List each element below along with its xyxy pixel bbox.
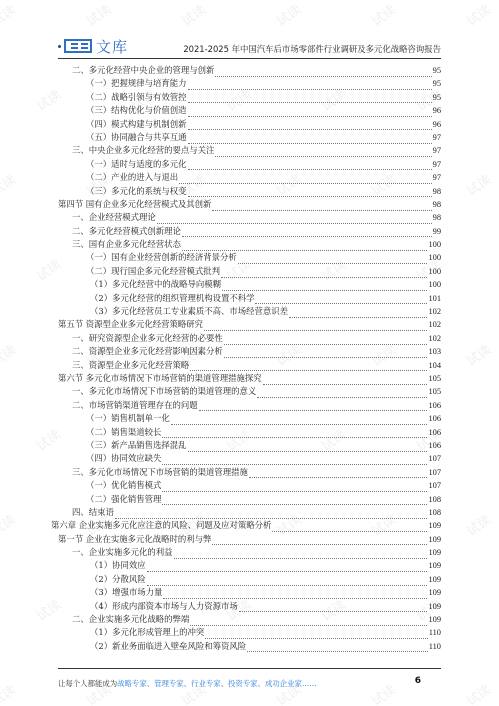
toc-entry[interactable]: 二、企业实施多元化战略的弊端109 — [58, 613, 441, 626]
toc-entry-page: 109 — [428, 519, 441, 532]
toc-entry-page: 107 — [428, 452, 441, 465]
page-header: 文库 2021-2025 年中国汽车后市场零部件行业调研及多元化战略咨询报告 — [58, 36, 441, 59]
toc-entry-label: （二）战略引领与有效管控 — [86, 91, 187, 104]
toc-entry[interactable]: 一、企业实施多元化的利益109 — [58, 546, 441, 559]
toc-leader-dots — [255, 294, 427, 304]
toc-entry-label: （1）多元化形成管理上的冲突 — [90, 626, 204, 639]
toc-entry-page: 108 — [428, 506, 441, 519]
toc-leader-dots — [247, 642, 428, 652]
toc-entry[interactable]: （二）现行国企多元化经营模式批判100 — [58, 265, 441, 278]
toc-entry-label: （1）多元化经营中的战略导向模糊 — [90, 278, 221, 291]
toc-entry[interactable]: （三）多元化的系统与权变98 — [58, 185, 441, 198]
toc-leader-dots — [188, 442, 428, 452]
toc-entry-label: （一）国有企业经营创新的经济背景分析 — [86, 251, 237, 264]
watermark-text: 试读 — [462, 169, 494, 199]
toc-entry[interactable]: （一）销售机制单一化106 — [58, 412, 441, 425]
toc-entry-label: （4）形成内部资本市场与人力资源市场 — [90, 600, 238, 613]
toc-entry-label: （一）适时与适度的多元化 — [86, 158, 187, 171]
toc-entry-page: 101 — [428, 292, 441, 305]
toc-entry[interactable]: 一、研究资源型企业多元化经营的必要性102 — [58, 332, 441, 345]
toc-entry[interactable]: （四）模式构建与机制创新96 — [58, 118, 441, 131]
toc-entry-page: 100 — [428, 265, 441, 278]
toc-entry-label: 二、企业实施多元化战略的弊端 — [72, 613, 189, 626]
toc-entry-page: 98 — [433, 198, 441, 211]
toc-leader-dots — [224, 335, 428, 345]
toc-leader-dots — [257, 388, 427, 398]
toc-leader-dots — [215, 147, 431, 157]
toc-entry-page: 97 — [433, 171, 441, 184]
toc-entry-label: 二、资源型企业多元化经营影响因素分析 — [72, 345, 223, 358]
toc-entry[interactable]: 第五节 资源型企业多元化经营策略研究102 — [58, 318, 441, 331]
toc-entry-page: 106 — [428, 426, 441, 439]
footer-slogan-highlight: 战略专家、管理专家、行业专家、投资专家、成功企业家…… — [117, 678, 317, 689]
toc-entry[interactable]: （1）协同效应109 — [58, 559, 441, 572]
toc-leader-dots — [188, 134, 432, 144]
toc-entry-page: 109 — [428, 586, 441, 599]
toc-entry-page: 97 — [433, 131, 441, 144]
toc-entry-label: 一、多元化市场情况下市场营销的渠道管理的意义 — [72, 385, 256, 398]
toc-entry[interactable]: 二、资源型企业多元化经营影响因素分析103 — [58, 345, 441, 358]
toc-leader-dots — [182, 227, 432, 237]
toc-entry-label: （一）把握规律与培育能力 — [86, 77, 187, 90]
toc-entry-label: 三、中央企业多元化经营的要点与关注 — [72, 144, 214, 157]
watermark-text: 试读 — [462, 0, 494, 30]
toc-entry[interactable]: 三、中央企业多元化经营的要点与关注97 — [58, 144, 441, 157]
toc-entry[interactable]: （二）销售渠道较长106 — [58, 426, 441, 439]
toc-entry-page: 107 — [428, 479, 441, 492]
toc-entry-page: 109 — [428, 613, 441, 626]
toc-entry[interactable]: 一、多元化市场情况下市场营销的渠道管理的意义105 — [58, 385, 441, 398]
toc-entry-label: 二、市场营销渠道管理存在的问题 — [72, 399, 198, 412]
toc-entry[interactable]: 三、国有企业多元化经营状态100 — [58, 238, 441, 251]
toc-entry[interactable]: 二、市场营销渠道管理存在的问题106 — [58, 399, 441, 412]
toc-entry-page: 100 — [428, 278, 441, 291]
toc-entry[interactable]: 四、结束语108 — [58, 506, 441, 519]
toc-entry-page: 97 — [433, 158, 441, 171]
watermark-text: 试读 — [0, 679, 19, 706]
toc-entry[interactable]: （4）形成内部资本市场与人力资源市场109 — [58, 600, 441, 613]
logo-mark-icon — [64, 39, 92, 53]
toc-leader-dots — [174, 549, 428, 559]
page-number: 6 — [415, 676, 421, 686]
toc-leader-dots — [162, 455, 427, 465]
toc-entry[interactable]: （2）分散风险109 — [58, 573, 441, 586]
toc-leader-dots — [162, 495, 427, 505]
toc-leader-dots — [212, 201, 431, 211]
toc-entry-page: 109 — [428, 546, 441, 559]
toc-leader-dots — [190, 616, 427, 626]
toc-entry-page: 109 — [428, 600, 441, 613]
toc-entry-page: 100 — [428, 251, 441, 264]
toc-entry-page: 100 — [428, 238, 441, 251]
toc-entry[interactable]: （四）协同效应缺失107 — [58, 452, 441, 465]
toc-entry[interactable]: （1）多元化形成管理上的冲突110 — [58, 626, 441, 639]
toc-entry-label: （三）新产品销售选择混乱 — [86, 439, 187, 452]
toc-entry-label: （二）销售渠道较长 — [86, 426, 161, 439]
watermark-text: 试读 — [462, 339, 494, 369]
toc-entry-label: （1）协同效应 — [90, 559, 146, 572]
toc-entry[interactable]: （一）把握规律与培育能力95 — [58, 77, 441, 90]
toc-leader-dots — [222, 281, 427, 291]
toc-entry-label: 一、企业经营模式理论 — [72, 211, 156, 224]
toc-entry[interactable]: （2）新业务面临进入壁垒风险和筹资风险110 — [58, 640, 441, 653]
toc-leader-dots — [215, 67, 431, 77]
toc-entry[interactable]: （二）产业的进入与退出97 — [58, 171, 441, 184]
toc-entry-label: 四、结束语 — [72, 506, 114, 519]
toc-leader-dots — [115, 509, 428, 519]
toc-leader-dots — [188, 80, 432, 90]
toc-leader-dots — [289, 308, 427, 318]
toc-entry[interactable]: （二）战略引领与有效管控95 — [58, 91, 441, 104]
toc-leader-dots — [147, 576, 428, 586]
toc-entry-label: （二）强化销售管理 — [86, 493, 161, 506]
toc-entry[interactable]: 一、企业经营模式理论98 — [58, 211, 441, 224]
toc-entry[interactable]: （3）增强市场力量109 — [58, 586, 441, 599]
toc-entry-page: 95 — [433, 64, 441, 77]
toc-leader-dots — [157, 214, 432, 224]
toc-entry-page: 110 — [429, 626, 441, 639]
toc-entry-label: （一）销售机制单一化 — [86, 412, 170, 425]
watermark-text: 试读 — [0, 169, 19, 199]
toc-entry-label: 第四节 国有企业多元化经营模式及其创新 — [58, 198, 211, 211]
toc-entry-label: 一、企业实施多元化的利益 — [72, 546, 173, 559]
toc-entry-label: 三、资源型企业多元化经营策略 — [72, 359, 189, 372]
toc-leader-dots — [212, 535, 427, 545]
watermark-text: 试读 — [367, 0, 399, 30]
toc-entry-page: 102 — [428, 318, 441, 331]
toc-leader-dots — [239, 602, 428, 612]
watermark-text: 试读 — [0, 339, 19, 369]
toc-entry-page: 109 — [428, 573, 441, 586]
toc-leader-dots — [204, 321, 427, 331]
page-footer: 让每个人都能成为 战略专家、管理专家、行业专家、投资专家、成功企业家…… 6 — [58, 676, 441, 690]
logo: 文库 — [58, 36, 128, 56]
toc-entry-label: 二、多元化经营中央企业的管理与创新 — [72, 64, 214, 77]
toc-entry[interactable]: 三、资源型企业多元化经营策略104 — [58, 359, 441, 372]
toc-leader-dots — [163, 589, 427, 599]
toc-entry-label: （二）现行国企多元化经营模式批判 — [86, 265, 220, 278]
toc-leader-dots — [221, 268, 427, 278]
toc-entry-label: 第五节 资源型企业多元化经营策略研究 — [58, 318, 203, 331]
toc-entry-label: 第六节 多元化市场情况下市场营销的渠道管理措施探究 — [58, 372, 262, 385]
toc-entry-label: （五）协同融合与共享互通 — [86, 131, 187, 144]
toc-leader-dots — [188, 160, 432, 170]
toc-entry[interactable]: 第六节 多元化市场情况下市场营销的渠道管理措施探究105 — [58, 372, 441, 385]
toc-entry[interactable]: （一）国有企业经营创新的经济背景分析100 — [58, 251, 441, 264]
table-of-contents: 二、多元化经营中央企业的管理与创新95（一）把握规律与培育能力95（二）战略引领… — [58, 64, 441, 653]
toc-entry-page: 105 — [428, 385, 441, 398]
toc-entry-page: 99 — [433, 225, 441, 238]
logo-dot-icon — [58, 45, 61, 48]
toc-entry[interactable]: 三、多元化市场情况下市场营销的渠道管理措施107 — [58, 466, 441, 479]
toc-leader-dots — [179, 174, 432, 184]
toc-entry-page: 98 — [433, 185, 441, 198]
toc-entry-label: （2）新业务面临进入壁垒风险和筹资风险 — [90, 640, 246, 653]
toc-entry[interactable]: （一）适时与适度的多元化97 — [58, 158, 441, 171]
toc-entry[interactable]: （五）协同融合与共享互通97 — [58, 131, 441, 144]
toc-entry-page: 110 — [429, 640, 441, 653]
toc-leader-dots — [224, 348, 428, 358]
toc-entry-label: （3）多元化经营员工专业素质不高、市场经营意识差 — [90, 305, 288, 318]
toc-entry[interactable]: （三）新产品销售选择混乱106 — [58, 439, 441, 452]
toc-entry-page: 98 — [433, 211, 441, 224]
watermark-text: 试读 — [272, 0, 304, 30]
toc-entry-page: 102 — [428, 332, 441, 345]
toc-entry-page: 97 — [433, 144, 441, 157]
watermark-text: 试读 — [462, 509, 494, 539]
toc-entry-label: （三）多元化的系统与权变 — [86, 185, 187, 198]
toc-entry[interactable]: （2）多元化经营的组织管理机构设置不科学101 — [58, 292, 441, 305]
toc-entry-label: 第六章 企业实施多元化应注意的风险、问题及应对策略分析 — [51, 519, 271, 532]
toc-leader-dots — [188, 107, 432, 117]
toc-entry-page: 106 — [428, 399, 441, 412]
toc-entry-page: 95 — [433, 91, 441, 104]
watermark-text: 试读 — [462, 679, 494, 706]
toc-entry-label: （2）分散风险 — [90, 573, 146, 586]
footer-divider — [58, 668, 441, 669]
toc-leader-dots — [272, 522, 427, 532]
toc-entry[interactable]: （二）强化销售管理108 — [58, 493, 441, 506]
toc-entry[interactable]: 第六章 企业实施多元化应注意的风险、问题及应对策略分析109 — [51, 519, 441, 532]
toc-entry-label: （2）多元化经营的组织管理机构设置不科学 — [90, 292, 254, 305]
toc-leader-dots — [162, 428, 427, 438]
toc-entry-page: 109 — [428, 559, 441, 572]
toc-leader-dots — [249, 468, 428, 478]
toc-entry-page: 103 — [428, 345, 441, 358]
toc-entry-page: 96 — [433, 118, 441, 131]
toc-leader-dots — [188, 187, 432, 197]
toc-entry[interactable]: 第四节 国有企业多元化经营模式及其创新98 — [58, 198, 441, 211]
toc-entry-label: 三、多元化市场情况下市场营销的渠道管理措施 — [72, 466, 248, 479]
toc-entry-page: 95 — [433, 77, 441, 90]
watermark-text: 试读 — [0, 509, 19, 539]
toc-entry[interactable]: 二、多元化经营中央企业的管理与创新95 — [58, 64, 441, 77]
toc-entry-label: （三）结构优化与价值创造 — [86, 104, 187, 117]
toc-entry[interactable]: 第一节 企业在实施多元化战略时的利与弊109 — [58, 533, 441, 546]
toc-entry-page: 106 — [428, 439, 441, 452]
toc-entry[interactable]: （1）多元化经营中的战略导向模糊100 — [58, 278, 441, 291]
report-title: 2021-2025 年中国汽车后市场零部件行业调研及多元化战略咨询报告 — [183, 43, 441, 55]
watermark-text: 试读 — [0, 0, 19, 30]
toc-leader-dots — [263, 375, 428, 385]
toc-leader-dots — [162, 482, 427, 492]
toc-leader-dots — [182, 241, 428, 251]
toc-entry-page: 108 — [428, 493, 441, 506]
toc-leader-dots — [199, 401, 428, 411]
toc-entry-label: 二、多元化经营模式创新理论 — [72, 225, 181, 238]
toc-leader-dots — [188, 93, 432, 103]
toc-leader-dots — [238, 254, 428, 264]
toc-entry-page: 107 — [428, 466, 441, 479]
logo-text: 文库 — [96, 36, 128, 57]
watermark-text: 试读 — [82, 0, 114, 30]
toc-entry-label: （四）协同效应缺失 — [86, 452, 161, 465]
toc-entry[interactable]: 二、多元化经营模式创新理论99 — [58, 225, 441, 238]
toc-entry-page: 102 — [428, 305, 441, 318]
toc-entry-page: 106 — [428, 412, 441, 425]
toc-leader-dots — [147, 562, 428, 572]
toc-entry[interactable]: （3）多元化经营员工专业素质不高、市场经营意识差102 — [58, 305, 441, 318]
footer-slogan-prefix: 让每个人都能成为 — [58, 678, 117, 689]
watermark-text: 试读 — [177, 0, 209, 30]
toc-entry-page: 96 — [433, 104, 441, 117]
toc-entry[interactable]: （一）优化销售模式107 — [58, 479, 441, 492]
toc-leader-dots — [190, 361, 427, 371]
toc-entry-page: 109 — [428, 533, 441, 546]
toc-entry-label: （一）优化销售模式 — [86, 479, 161, 492]
toc-entry-label: （四）模式构建与机制创新 — [86, 118, 187, 131]
toc-entry-label: 第一节 企业在实施多元化战略时的利与弊 — [58, 533, 211, 546]
toc-entry-page: 105 — [428, 372, 441, 385]
toc-entry-label: （3）增强市场力量 — [90, 586, 162, 599]
toc-entry-page: 104 — [428, 359, 441, 372]
toc-leader-dots — [188, 120, 432, 130]
toc-leader-dots — [171, 415, 428, 425]
toc-entry-label: 一、研究资源型企业多元化经营的必要性 — [72, 332, 223, 345]
toc-entry-label: （二）产业的进入与退出 — [86, 171, 178, 184]
toc-entry[interactable]: （三）结构优化与价值创造96 — [58, 104, 441, 117]
toc-leader-dots — [205, 629, 428, 639]
toc-entry-label: 三、国有企业多元化经营状态 — [72, 238, 181, 251]
